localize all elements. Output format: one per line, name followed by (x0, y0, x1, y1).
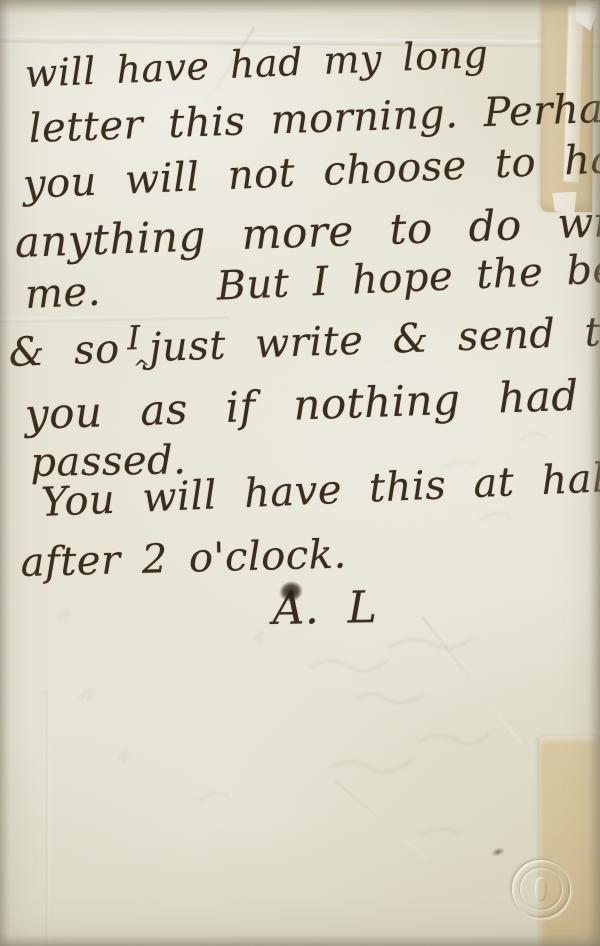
letter-line-7: you as if nothing had (24, 371, 580, 439)
inserted-word: I (127, 319, 142, 357)
letter-line-6-part2: just write & send to (148, 308, 600, 371)
caret-insertion: I^ (127, 325, 142, 371)
scan-edge-bottom (0, 934, 600, 946)
embossed-seal-inner-ring (520, 868, 562, 910)
embossed-seal-crest (535, 877, 547, 901)
ink-speck (490, 846, 506, 858)
signature: A. L (272, 582, 378, 635)
letter-line-10: after 2 o'clock. (20, 531, 347, 586)
fold-crease-bottom-left (46, 690, 50, 946)
scan-edge-top (0, 0, 600, 14)
letter-scan: will have had my long letter this mornin… (0, 0, 600, 946)
embossed-seal (512, 860, 570, 918)
letter-line-6: & soI^just write & send to (8, 308, 600, 376)
letter-line-1: will have had my long (24, 32, 489, 96)
scan-edge-left (0, 0, 10, 946)
caret-mark: ^ (133, 355, 151, 380)
wrinkle-bottom (335, 780, 429, 859)
wrinkle-bottom-right (421, 616, 522, 744)
tape-torn-chip (572, 0, 600, 32)
tape-repair-bottom-right (539, 736, 600, 946)
letter-line-6-part1: & so (8, 326, 120, 376)
